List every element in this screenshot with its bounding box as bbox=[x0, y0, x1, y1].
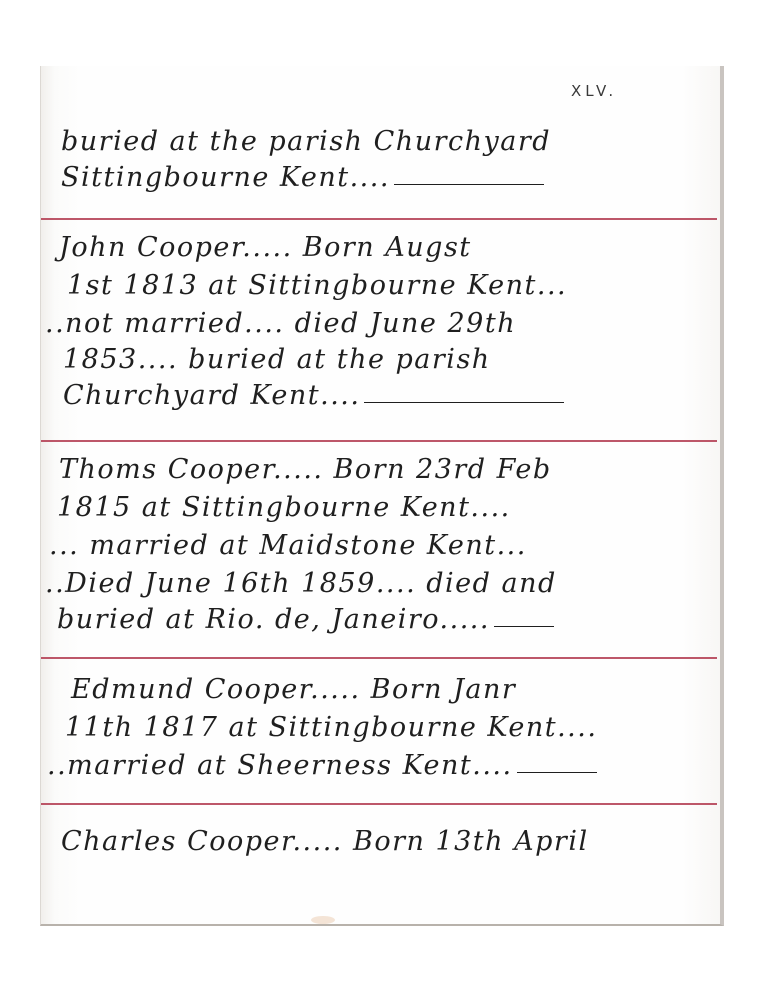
entry-line: ..Died June 16th 1859.... died and bbox=[45, 570, 557, 597]
paper-stain bbox=[311, 916, 335, 924]
entry-line: 1st 1813 at Sittingbourne Kent... bbox=[67, 272, 567, 299]
entry-divider-rule bbox=[41, 440, 717, 442]
closing-dash bbox=[494, 626, 554, 628]
entry-line: Thoms Cooper..... Born 23rd Feb bbox=[59, 456, 552, 483]
entry-line: John Cooper..... Born Augst bbox=[59, 234, 472, 261]
entry-line: Sittingbourne Kent.... bbox=[61, 164, 544, 191]
entry-line: Churchyard Kent.... bbox=[63, 382, 564, 409]
entry-divider-rule bbox=[41, 803, 717, 805]
entry-line-text: Sittingbourne Kent.... bbox=[61, 162, 390, 193]
entry-line: ... married at Maidstone Kent... bbox=[49, 532, 527, 559]
entry-line-text: buried at Rio. de, Janeiro..... bbox=[57, 604, 490, 635]
entry-line-text: ..married at Sheerness Kent.... bbox=[47, 750, 513, 781]
register-page: XLV. buried at the parish Churchyard Sit… bbox=[40, 66, 724, 926]
entry-line: 11th 1817 at Sittingbourne Kent.... bbox=[65, 714, 597, 741]
page-number: XLV. bbox=[571, 82, 617, 100]
entry-line: buried at the parish Churchyard bbox=[61, 128, 551, 155]
entry-divider-rule bbox=[41, 218, 717, 220]
entry-line-text: Churchyard Kent.... bbox=[63, 380, 360, 411]
entry-line: ..not married.... died June 29th bbox=[45, 310, 516, 337]
entry-line: Edmund Cooper..... Born Janr bbox=[71, 676, 516, 703]
closing-dash bbox=[364, 402, 564, 404]
entry-line: 1815 at Sittingbourne Kent.... bbox=[57, 494, 511, 521]
entry-divider-rule bbox=[41, 657, 717, 659]
entry-line: Charles Cooper..... Born 13th April bbox=[61, 828, 589, 855]
entry-line: 1853.... buried at the parish bbox=[63, 346, 491, 373]
closing-dash bbox=[517, 772, 597, 774]
entry-line: ..married at Sheerness Kent.... bbox=[47, 752, 597, 779]
entry-line: buried at Rio. de, Janeiro..... bbox=[57, 606, 554, 633]
closing-dash bbox=[394, 184, 544, 186]
